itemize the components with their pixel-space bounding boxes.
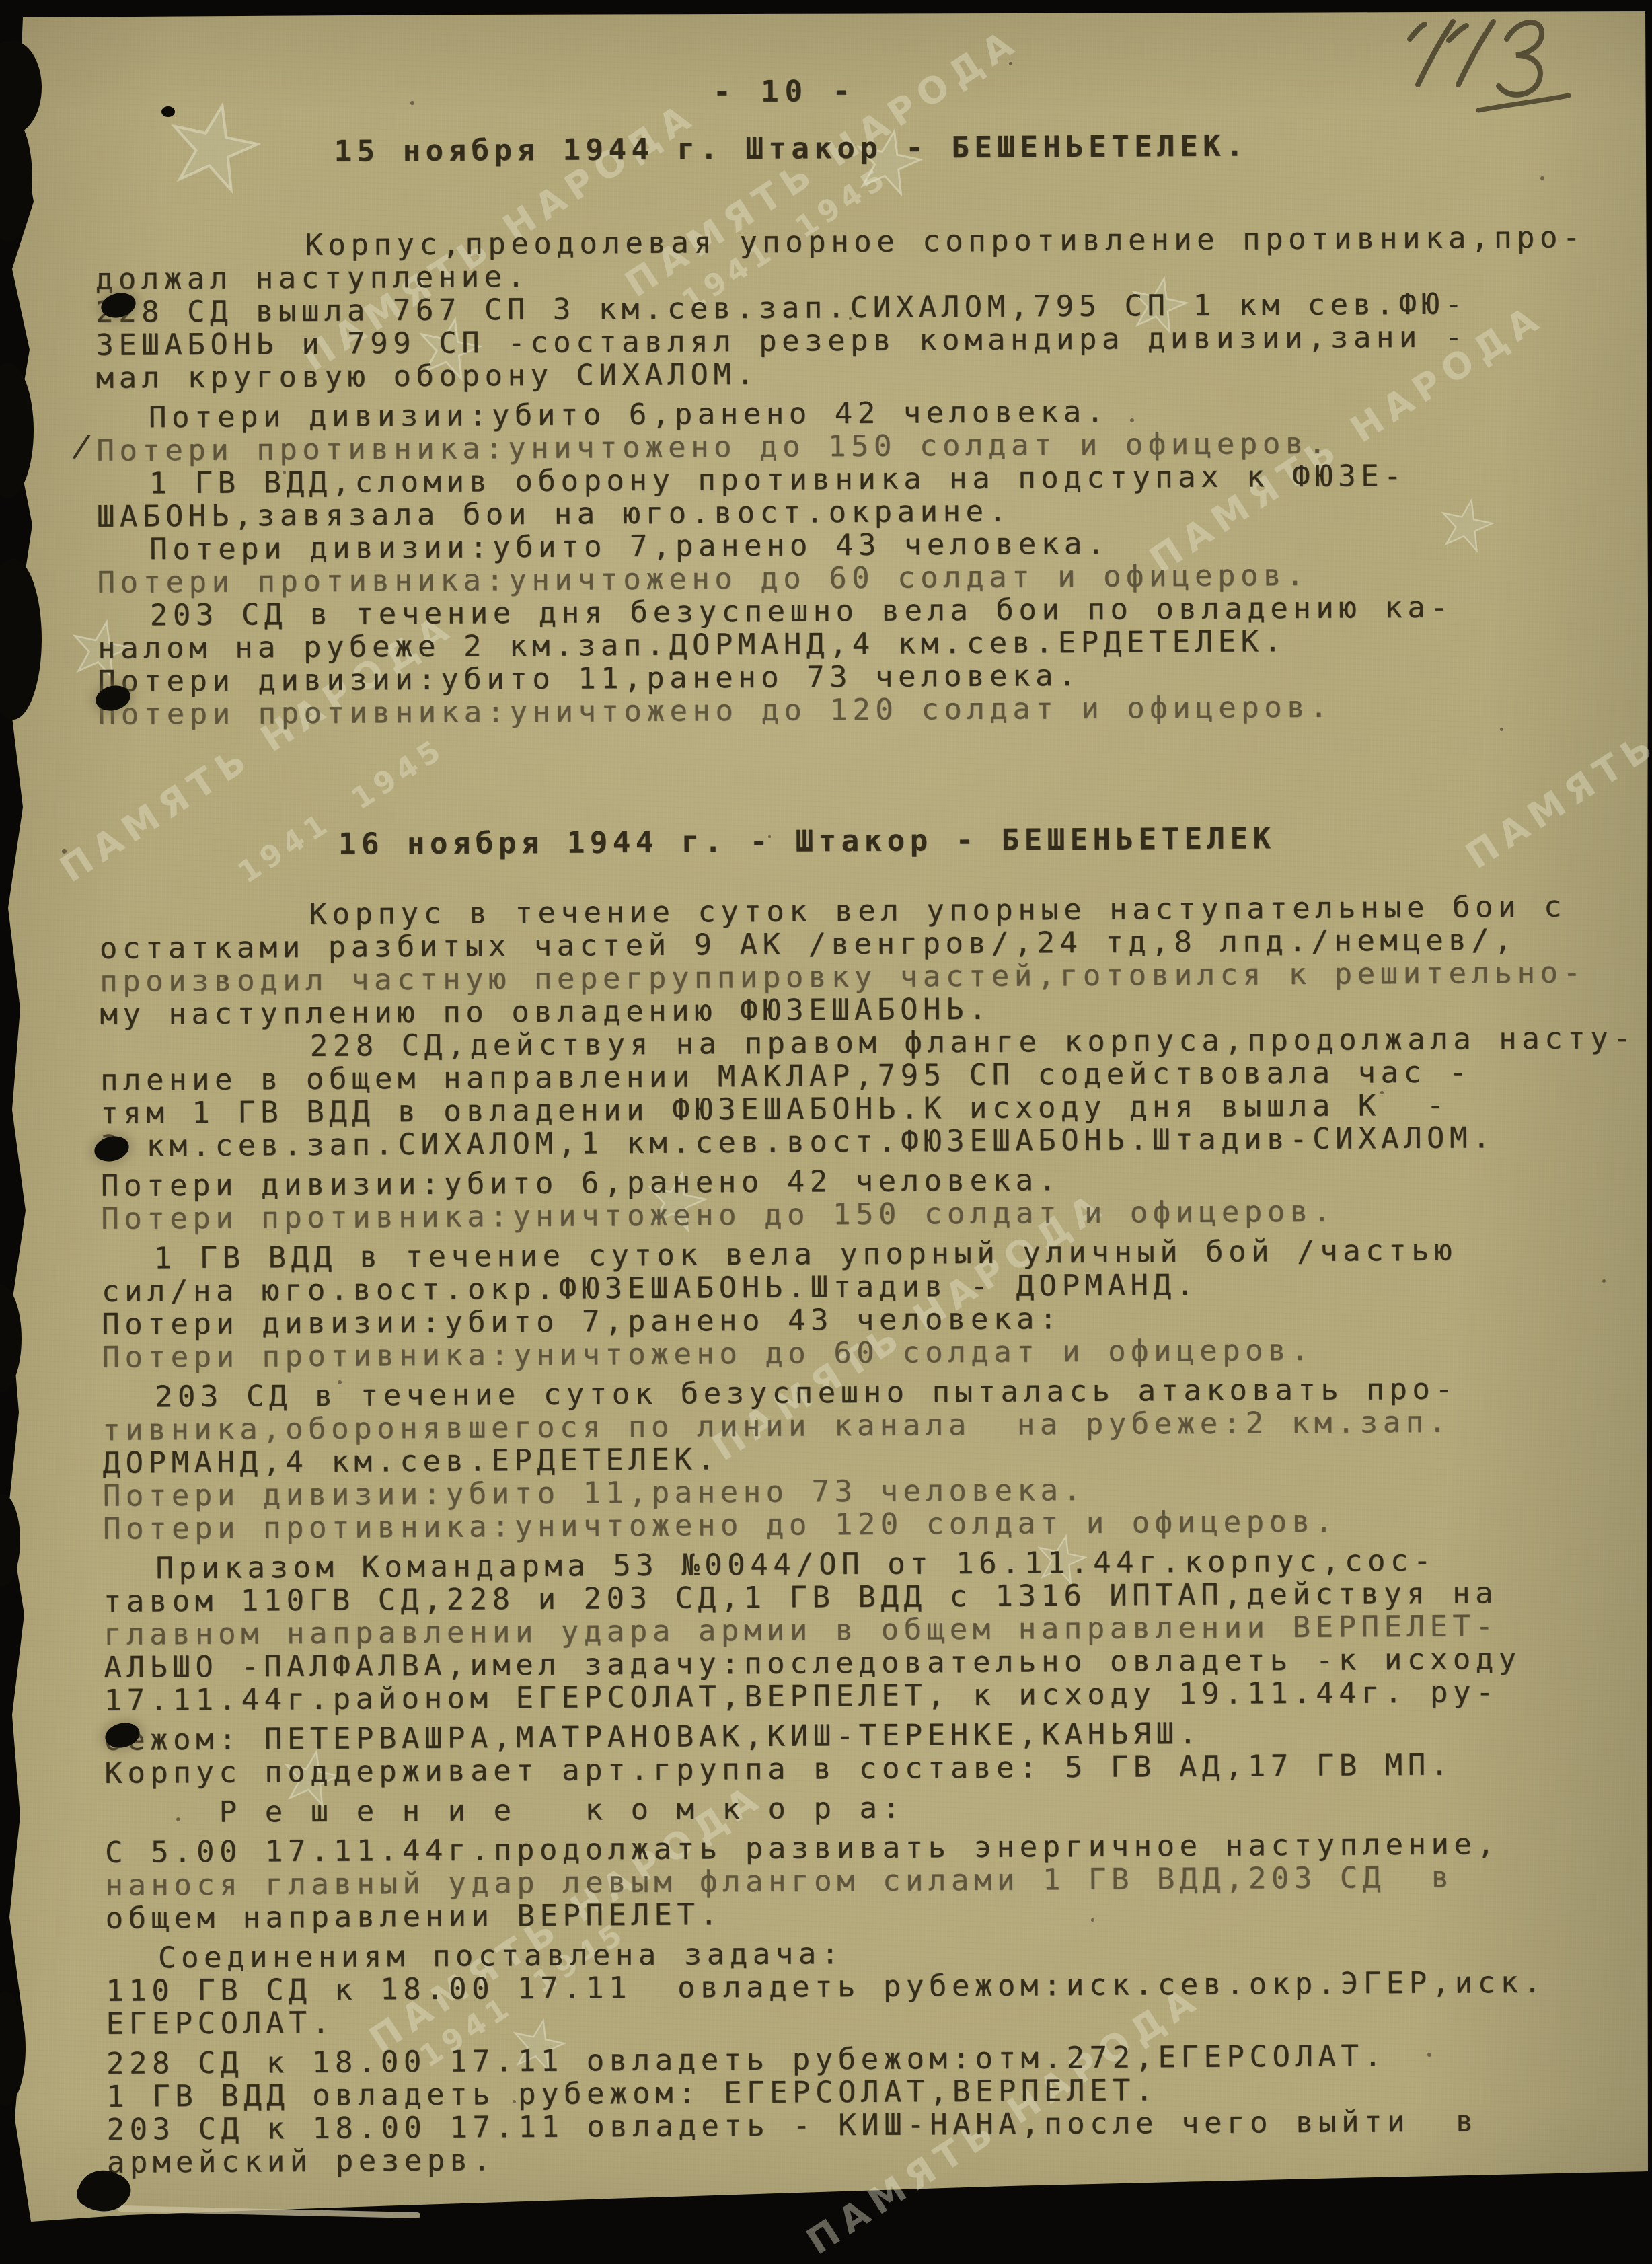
date-heading: 15 ноября 1944 г. Штакор - БЕШЕНЬЕТЕЛЕК. bbox=[334, 127, 1588, 167]
dust-speck bbox=[1273, 1515, 1276, 1518]
dust-speck bbox=[176, 1817, 180, 1821]
dust-speck bbox=[1130, 418, 1134, 422]
dust-speck bbox=[1500, 728, 1503, 731]
decision-heading: Р е ш е н и е к о м к о р а: bbox=[219, 1787, 1598, 1829]
dust-speck bbox=[1602, 1279, 1606, 1283]
dust-speck bbox=[223, 977, 227, 981]
dust-speck bbox=[1009, 62, 1012, 65]
dust-speck bbox=[283, 471, 286, 474]
scanned-document-page: ПАМЯТЬ НАРОДАПАМЯТЬ НАРОДАПАМЯТЬ НАРОДАП… bbox=[0, 0, 1652, 2264]
date-heading: 16 ноября 1944 г. - Штакор - БЕШЕНЬЕТЕЛЕ… bbox=[338, 820, 1592, 860]
dust-speck bbox=[62, 849, 67, 854]
dust-speck bbox=[1427, 2053, 1431, 2057]
dust-speck bbox=[410, 101, 414, 105]
dust-speck bbox=[1380, 1091, 1384, 1094]
ink-blot bbox=[161, 106, 175, 117]
dust-speck bbox=[1540, 176, 1544, 180]
text-line: Корпус,преодолевая упорное сопротивление… bbox=[305, 221, 1588, 262]
handwriting-strokes bbox=[1410, 22, 1569, 110]
document-text-layer: - 10 -15 ноября 1944 г. Штакор - БЕШЕНЬЕ… bbox=[94, 70, 1600, 2179]
dust-speck bbox=[1091, 1918, 1094, 1922]
handwritten-number-value: 113 bbox=[1399, 12, 1419, 15]
dust-speck bbox=[768, 835, 771, 838]
dust-speck bbox=[849, 317, 852, 320]
dust-speck bbox=[513, 2100, 516, 2103]
dust-speck bbox=[338, 1380, 342, 1384]
handwritten-sheet-number: 113 bbox=[1399, 12, 1601, 126]
